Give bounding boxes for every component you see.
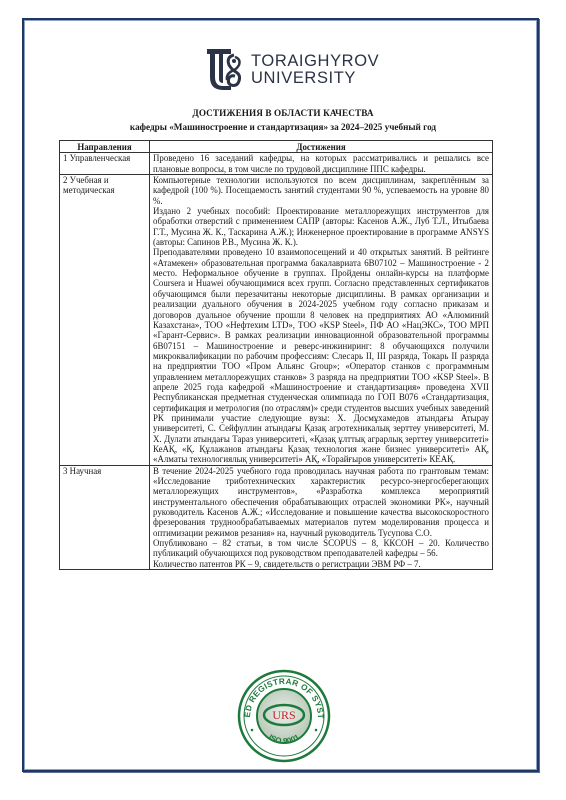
- urs-seal-icon: UNITED REGISTRAR OF SYSTEMS ISO 9001 URS: [236, 668, 332, 764]
- iso-9001-certification-seal: UNITED REGISTRAR OF SYSTEMS ISO 9001 URS: [236, 668, 332, 764]
- university-logo: TORAIGHYROV UNIVERSITY: [205, 47, 379, 93]
- achievement-paragraph: Проведено 16 заседаний кафедры, на котор…: [153, 153, 489, 174]
- logo-wordmark: TORAIGHYROV UNIVERSITY: [251, 53, 379, 87]
- achievement-paragraph: Количество патентов РК – 9, свидетельств…: [153, 559, 489, 569]
- column-header-achievements: Достижения: [150, 141, 493, 153]
- achievement-paragraph: Компьютерные технологии используются по …: [153, 175, 489, 206]
- table-row: 2 Учебная и методическаяКомпьютерные тех…: [60, 175, 493, 466]
- document-subtitle: кафедры «Машиностроение и стандартизация…: [0, 122, 566, 132]
- direction-cell: 2 Учебная и методическая: [60, 175, 150, 466]
- document-title: ДОСТИЖЕНИЯ В ОБЛАСТИ КАЧЕСТВА: [0, 108, 566, 118]
- table-header-row: Направления Достижения: [60, 141, 493, 153]
- achievement-paragraph: Опубликовано – 82 статьи, в том числе SC…: [153, 538, 489, 559]
- table-row: 1 УправленческаяПроведено 16 заседаний к…: [60, 153, 493, 175]
- toraighyrov-emblem-icon: [205, 47, 247, 93]
- logo-line-2: UNIVERSITY: [251, 70, 379, 87]
- direction-cell: 3 Научная: [60, 465, 150, 569]
- column-header-directions: Направления: [60, 141, 150, 153]
- achievement-paragraph: Преподавателями проведено 10 взаимопосещ…: [153, 247, 489, 464]
- achievements-cell: Компьютерные технологии используются по …: [150, 175, 493, 466]
- direction-cell: 1 Управленческая: [60, 153, 150, 175]
- logo-line-1: TORAIGHYROV: [251, 53, 379, 70]
- achievement-paragraph: Издано 2 учебных пособий: Проектирование…: [153, 206, 489, 247]
- svg-text:URS: URS: [272, 708, 295, 722]
- achievements-cell: Проведено 16 заседаний кафедры, на котор…: [150, 153, 493, 175]
- achievements-table: Направления Достижения 1 УправленческаяП…: [59, 140, 493, 570]
- table-row: 3 НаучнаяВ течение 2024-2025 учебного го…: [60, 465, 493, 569]
- achievement-paragraph: В течение 2024-2025 учебного года провод…: [153, 466, 489, 538]
- achievements-cell: В течение 2024-2025 учебного года провод…: [150, 465, 493, 569]
